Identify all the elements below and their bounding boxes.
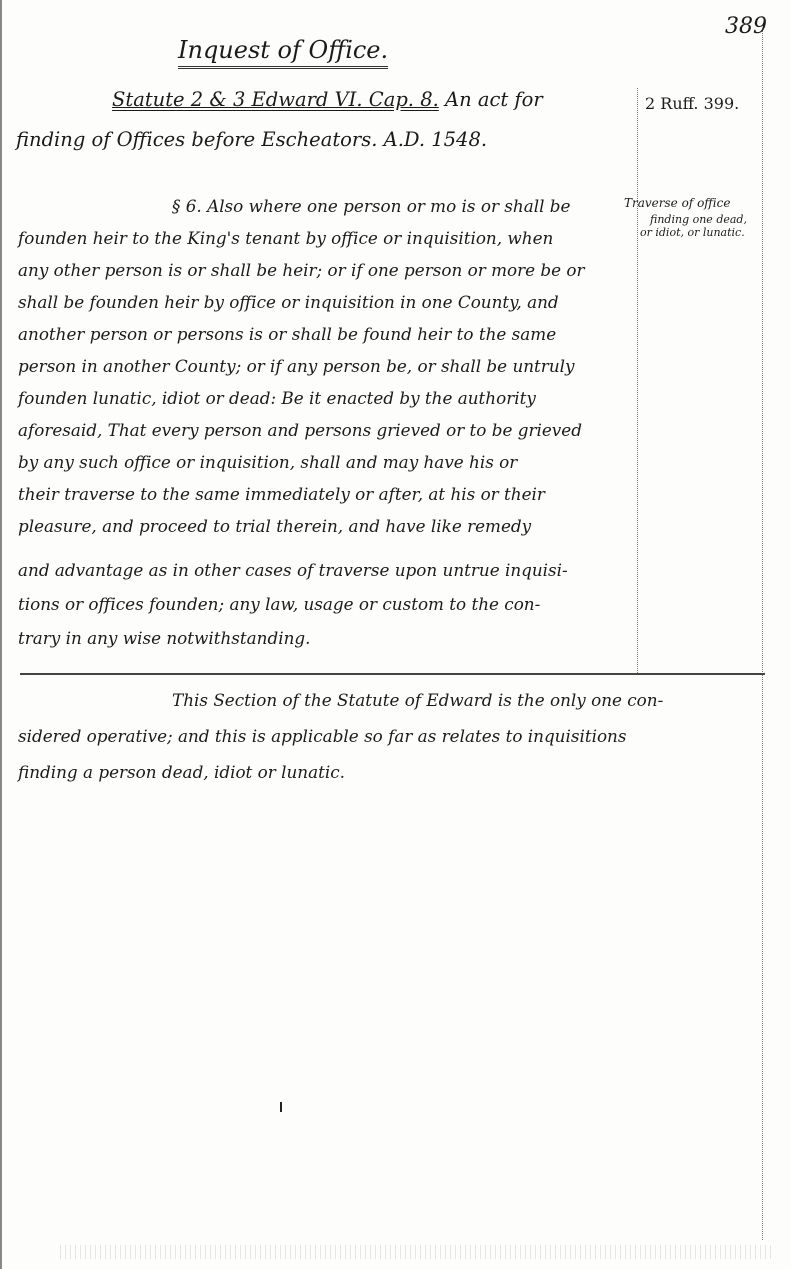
commentary-line: sidered operative; and this is applicabl… — [18, 726, 626, 746]
statute-heading-line2: finding of Offices before Escheators. A.… — [16, 128, 487, 151]
section-line: another person or persons is or shall be… — [18, 324, 556, 344]
section-line: trary in any wise notwithstanding. — [18, 628, 310, 648]
margin-column-divider — [637, 88, 638, 673]
section-line: shall be founden heir by office or inqui… — [18, 292, 559, 312]
page-number: 389 — [725, 14, 767, 39]
statute-heading: Statute 2 & 3 Edward VI. Cap. 8. An act … — [112, 88, 543, 111]
section-line: their traverse to the same immediately o… — [18, 484, 545, 504]
section-line: founden heir to the King's tenant by off… — [18, 228, 553, 248]
scan-noise — [60, 1245, 771, 1259]
section-divider — [20, 673, 765, 675]
section-line: founden lunatic, idiot or dead: Be it en… — [18, 388, 536, 408]
margin-reference: 2 Ruff. 399. — [645, 94, 739, 113]
commentary-line: finding a person dead, idiot or lunatic. — [18, 762, 345, 782]
section-line: pleasure, and proceed to trial therein, … — [18, 516, 531, 536]
section-line: any other person is or shall be heir; or… — [18, 260, 585, 280]
document-page: 389 Inquest of Office. Statute 2 & 3 Edw… — [0, 0, 791, 1269]
page-title: Inquest of Office. — [178, 36, 388, 69]
section-line: tions or offices founden; any law, usage… — [18, 594, 540, 614]
commentary-line: This Section of the Statute of Edward is… — [172, 690, 663, 710]
section-line: person in another County; or if any pers… — [18, 356, 574, 376]
section-line: and advantage as in other cases of trave… — [18, 560, 568, 580]
statute-reference: Statute 2 & 3 Edward VI. Cap. 8. — [112, 88, 439, 111]
margin-note-line: finding one dead, — [650, 213, 747, 226]
statute-heading-tail: An act for — [445, 88, 543, 111]
ink-mark — [280, 1102, 282, 1112]
margin-note-line: Traverse of office — [624, 196, 730, 210]
section-line: by any such office or inquisition, shall… — [18, 452, 517, 472]
section-line: § 6. Also where one person or mo is or s… — [172, 196, 570, 216]
section-line: aforesaid, That every person and persons… — [18, 420, 582, 440]
right-margin-line — [762, 30, 763, 1240]
scan-left-edge — [0, 0, 2, 1269]
margin-note-line: or idiot, or lunatic. — [640, 226, 745, 239]
